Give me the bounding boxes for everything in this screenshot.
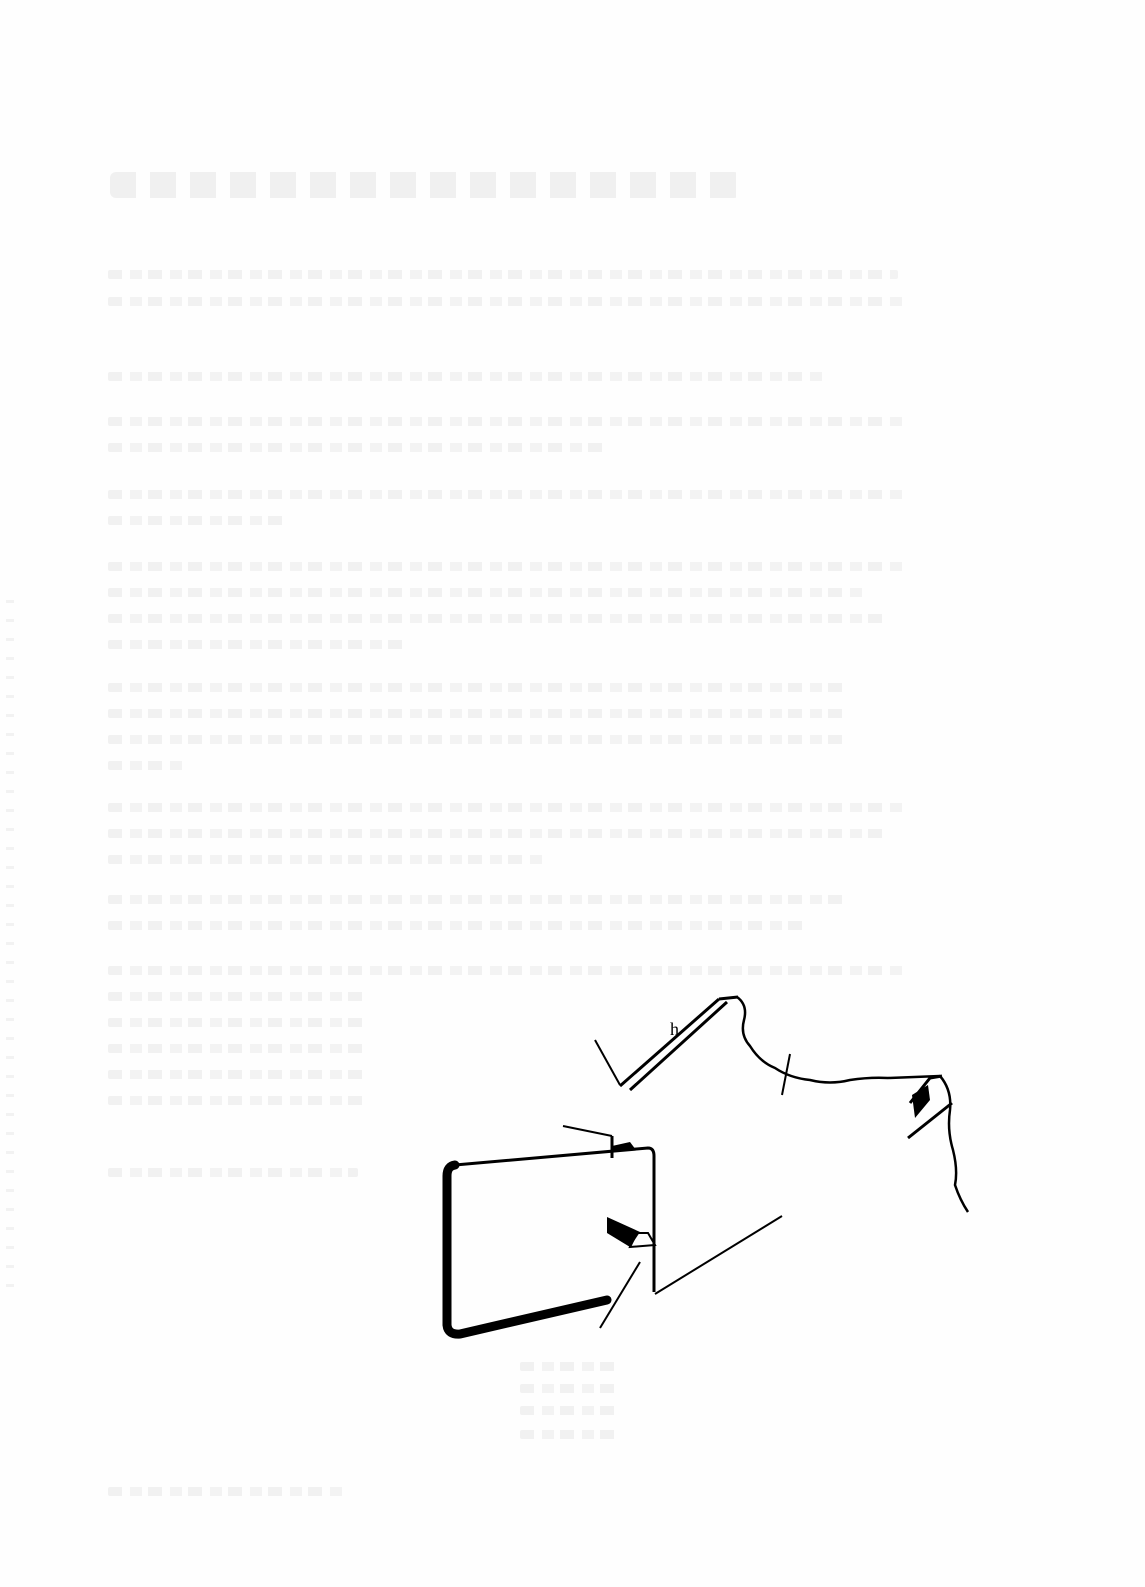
latch-device [607, 1217, 640, 1247]
break-outline-top [737, 997, 940, 1083]
inclined-bar [620, 997, 738, 1090]
label-h: h [670, 1019, 679, 1039]
figure-line-drawing: h [0, 0, 1145, 1587]
break-outline-right [940, 1076, 968, 1212]
leader-lines [563, 1040, 790, 1328]
document-page: h [0, 0, 1145, 1587]
